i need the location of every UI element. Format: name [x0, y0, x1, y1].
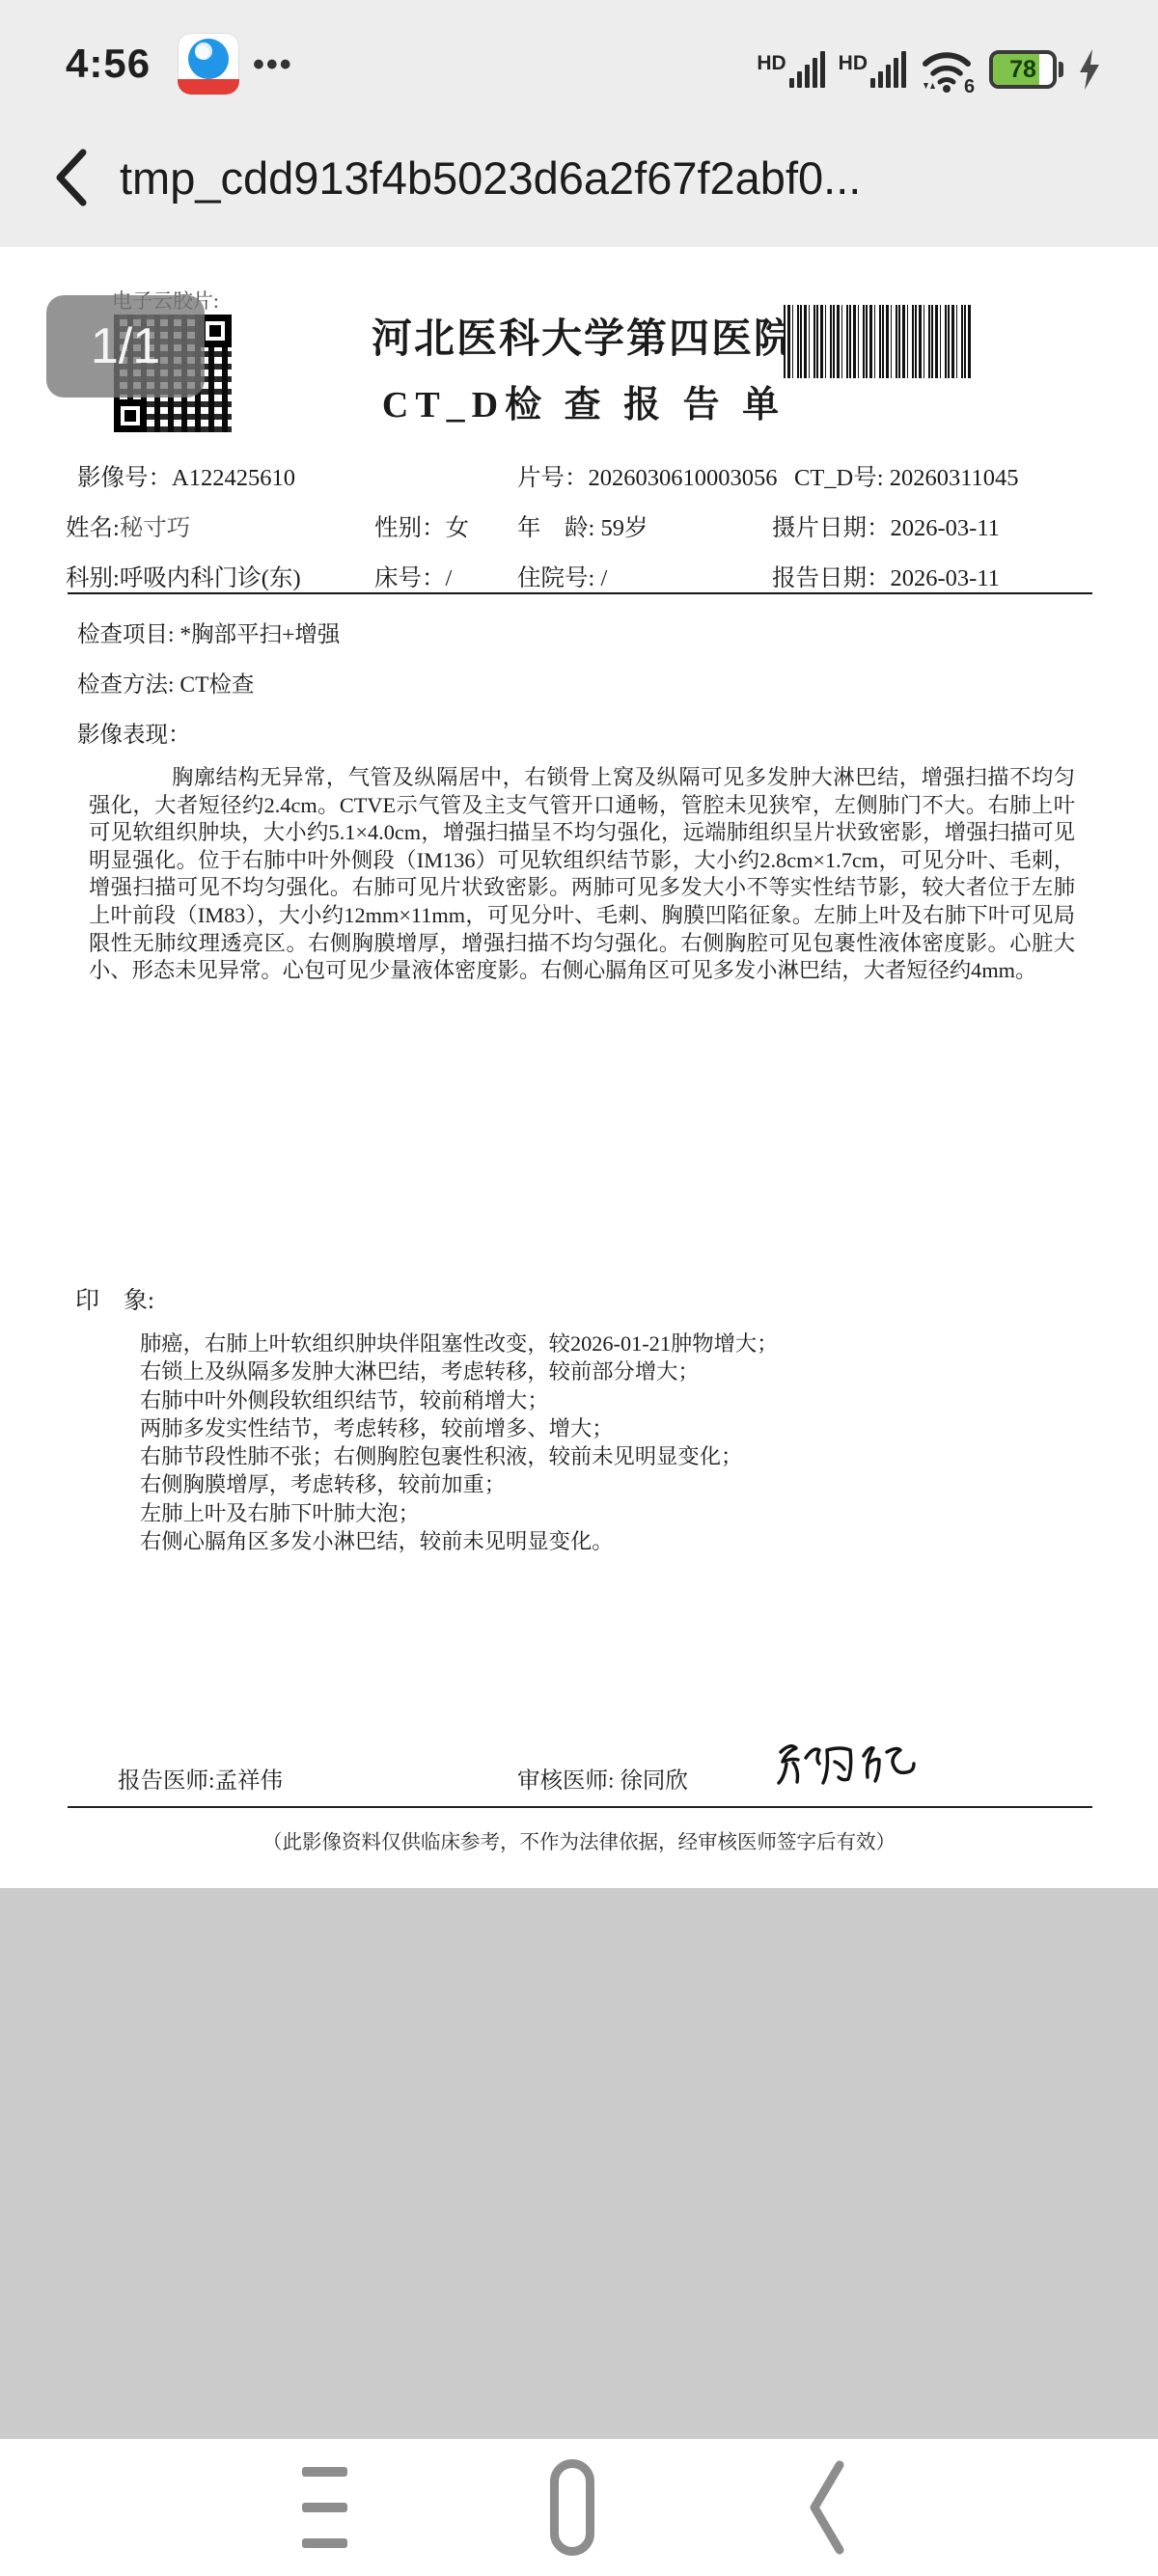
report-date-value: 2026-03-11 — [891, 565, 1000, 591]
page-indicator-text: 1/1 — [91, 317, 160, 375]
findings-label: 影像表现： — [77, 716, 191, 749]
wifi-6-icon: 6 — [920, 46, 976, 93]
reporter-label: 报告医师: — [118, 1768, 215, 1794]
exam-item-label: 检查项目: — [77, 622, 179, 647]
qr-finder — [114, 399, 147, 432]
nav-back-button[interactable] — [749, 2439, 903, 2576]
sim2-signal: HD — [839, 51, 906, 88]
nav-back-icon — [805, 2457, 847, 2558]
reviewer-name: 徐同欣 — [620, 1768, 688, 1794]
navigation-bar — [0, 2439, 1158, 2576]
ctd-no-field: CT_D号: 20260311045 — [794, 459, 1019, 493]
report-date-label: 报告日期： — [772, 565, 891, 591]
home-icon — [550, 2459, 594, 2556]
age-field: 年 龄: 59岁 — [517, 509, 648, 543]
more-notifications-icon: ••• — [253, 46, 293, 84]
film-no-value: 2026030610003056 — [589, 465, 778, 491]
reporter-name: 孟祥伟 — [215, 1768, 284, 1794]
battery-percent: 78 — [993, 54, 1053, 85]
impression-label: 印 象: — [75, 1281, 154, 1316]
viewer-background[interactable] — [0, 1888, 1158, 2439]
app-logo-orb — [188, 39, 229, 79]
footer-disclaimer: （此影像资料仅供临床参考，不作为法律依据，经审核医师签字后有效） — [0, 1825, 1158, 1854]
impression-item: 左肺上叶及右肺下叶肺大泡； — [140, 1499, 778, 1527]
battery-nub — [1059, 62, 1063, 77]
divider-line — [68, 592, 1092, 594]
info-row-1: 影像号：A122425610 片号：2026030610003056 CT_D号… — [0, 459, 1158, 490]
name-value: 秘寸巧 — [120, 515, 191, 541]
signal-bars-icon — [870, 51, 906, 88]
hd-volte-icon: HD — [757, 53, 786, 73]
impression-item: 右锁上及纵隔多发肿大淋巴结，考虑转移，较前部分增大； — [140, 1357, 778, 1385]
app-logo-ribbon — [178, 79, 239, 95]
ctd-no-label: CT_D号: — [794, 465, 890, 491]
status-icons: HD HD — [757, 39, 1102, 100]
doctors-row: 报告医师:孟祥伟 审核医师: 徐同欣 — [0, 1762, 1158, 1800]
exam-item-value: *胸部平扫+增强 — [179, 622, 340, 647]
report-date-field: 报告日期：2026-03-11 — [772, 560, 1000, 593]
barcode — [784, 305, 973, 378]
bed-label: 床号： — [374, 565, 446, 591]
impression-item: 右肺中叶外侧段软组织结节，较前稍增大； — [140, 1386, 778, 1414]
film-no-field: 片号：2026030610003056 — [517, 459, 778, 493]
shoot-date-label: 摄片日期： — [772, 515, 891, 541]
signal-bars-icon — [789, 51, 825, 88]
info-row-3: 科别:呼吸内科门诊(东) 床号：/ 住院号: / 报告日期：2026-03-11 — [0, 560, 1158, 590]
reviewer-signature — [767, 1731, 917, 1800]
image-no-label: 影像号： — [77, 465, 172, 491]
file-title: tmp_cdd913f4b5023d6a2f67f2abf0... — [120, 151, 861, 205]
charging-bolt-icon — [1077, 48, 1102, 91]
admission-field: 住院号: / — [517, 560, 607, 593]
recents-button[interactable] — [247, 2439, 401, 2576]
exam-item-field: 检查项目: *胸部平扫+增强 — [77, 616, 340, 648]
reporter-field: 报告医师:孟祥伟 — [118, 1762, 283, 1795]
impression-item: 右侧心膈角区多发小淋巴结，较前未见明显变化。 — [140, 1527, 778, 1555]
film-no-label: 片号： — [517, 465, 589, 491]
bed-value: / — [446, 565, 453, 591]
sim1-signal: HD — [757, 51, 824, 88]
divider-line — [68, 1806, 1092, 1808]
impression-list: 肺癌，右肺上叶软组织肿块伴阻塞性改变，较2026-01-21肿物增大； 右锁上及… — [140, 1329, 778, 1555]
findings-text: 胸廓结构无异常，气管及纵隔居中，右锁骨上窝及纵隔可见多发肿大淋巴结，增强扫描不均… — [89, 764, 1075, 985]
clock: 4:56 — [66, 41, 151, 87]
impression-item: 肺癌，右肺上叶软组织肿块伴阻塞性改变，较2026-01-21肿物增大； — [140, 1329, 778, 1357]
exam-method-value: CT检查 — [179, 672, 254, 698]
sex-label: 性别： — [374, 515, 446, 541]
sex-field: 性别：女 — [374, 509, 469, 543]
info-row-2: 姓名:秘寸巧 性别：女 年 龄: 59岁 摄片日期：2026-03-11 — [0, 509, 1158, 540]
age-value: 59岁 — [600, 515, 648, 541]
pdf-page[interactable]: 电子云胶片: 1/1 河北医科大学第四医院 CT_D检 查 报 告 单 影像号：… — [0, 247, 1158, 1888]
image-no-value: A122425610 — [172, 465, 295, 491]
back-icon[interactable] — [50, 147, 93, 208]
admission-label: 住院号: — [517, 565, 600, 591]
hd-volte-icon: HD — [839, 53, 868, 73]
report-title: CT_D检 查 报 告 单 — [241, 374, 926, 427]
menu-icon — [302, 2467, 347, 2548]
impression-item: 两肺多发实性结节，考虑转移，较前增多、增大； — [140, 1414, 778, 1442]
phone-screen: 4:56 ••• HD HD — [0, 0, 1158, 2576]
admission-value: / — [600, 565, 607, 591]
shoot-date-field: 摄片日期：2026-03-11 — [772, 509, 1000, 543]
exam-method-field: 检查方法: CT检查 — [77, 666, 254, 699]
sex-value: 女 — [446, 515, 470, 541]
dept-field: 科别:呼吸内科门诊(东) — [66, 560, 301, 593]
dept-value: 呼吸内科门诊(东) — [120, 565, 301, 591]
reviewer-label: 审核医师: — [517, 1768, 620, 1794]
status-bar: 4:56 ••• HD HD — [0, 0, 1158, 108]
wifi-gen-label: 6 — [964, 76, 975, 93]
page-indicator-badge: 1/1 — [46, 295, 205, 397]
age-label: 年 龄: — [517, 515, 600, 541]
battery-body: 78 — [989, 50, 1057, 89]
impression-item: 右肺节段性肺不张；右侧胸腔包裹性积液，较前未见明显变化； — [140, 1442, 778, 1470]
dept-label: 科别: — [66, 565, 120, 591]
battery-indicator: 78 — [989, 50, 1063, 89]
exam-method-label: 检查方法: — [77, 672, 179, 698]
ctd-no-value: 20260311045 — [890, 465, 1019, 491]
title-bar: tmp_cdd913f4b5023d6a2f67f2abf0... — [0, 108, 1158, 247]
impression-item: 右侧胸膜增厚，考虑转移，较前加重； — [140, 1470, 778, 1498]
image-no-field: 影像号：A122425610 — [77, 459, 295, 493]
top-header: 4:56 ••• HD HD — [0, 0, 1158, 247]
notification-app-icon — [178, 33, 239, 95]
reviewer-field: 审核医师: 徐同欣 — [517, 1762, 688, 1795]
home-button[interactable] — [495, 2439, 649, 2576]
name-label: 姓名: — [66, 515, 120, 541]
name-field: 姓名:秘寸巧 — [66, 509, 190, 543]
shoot-date-value: 2026-03-11 — [891, 515, 1000, 541]
bed-field: 床号：/ — [374, 560, 452, 593]
